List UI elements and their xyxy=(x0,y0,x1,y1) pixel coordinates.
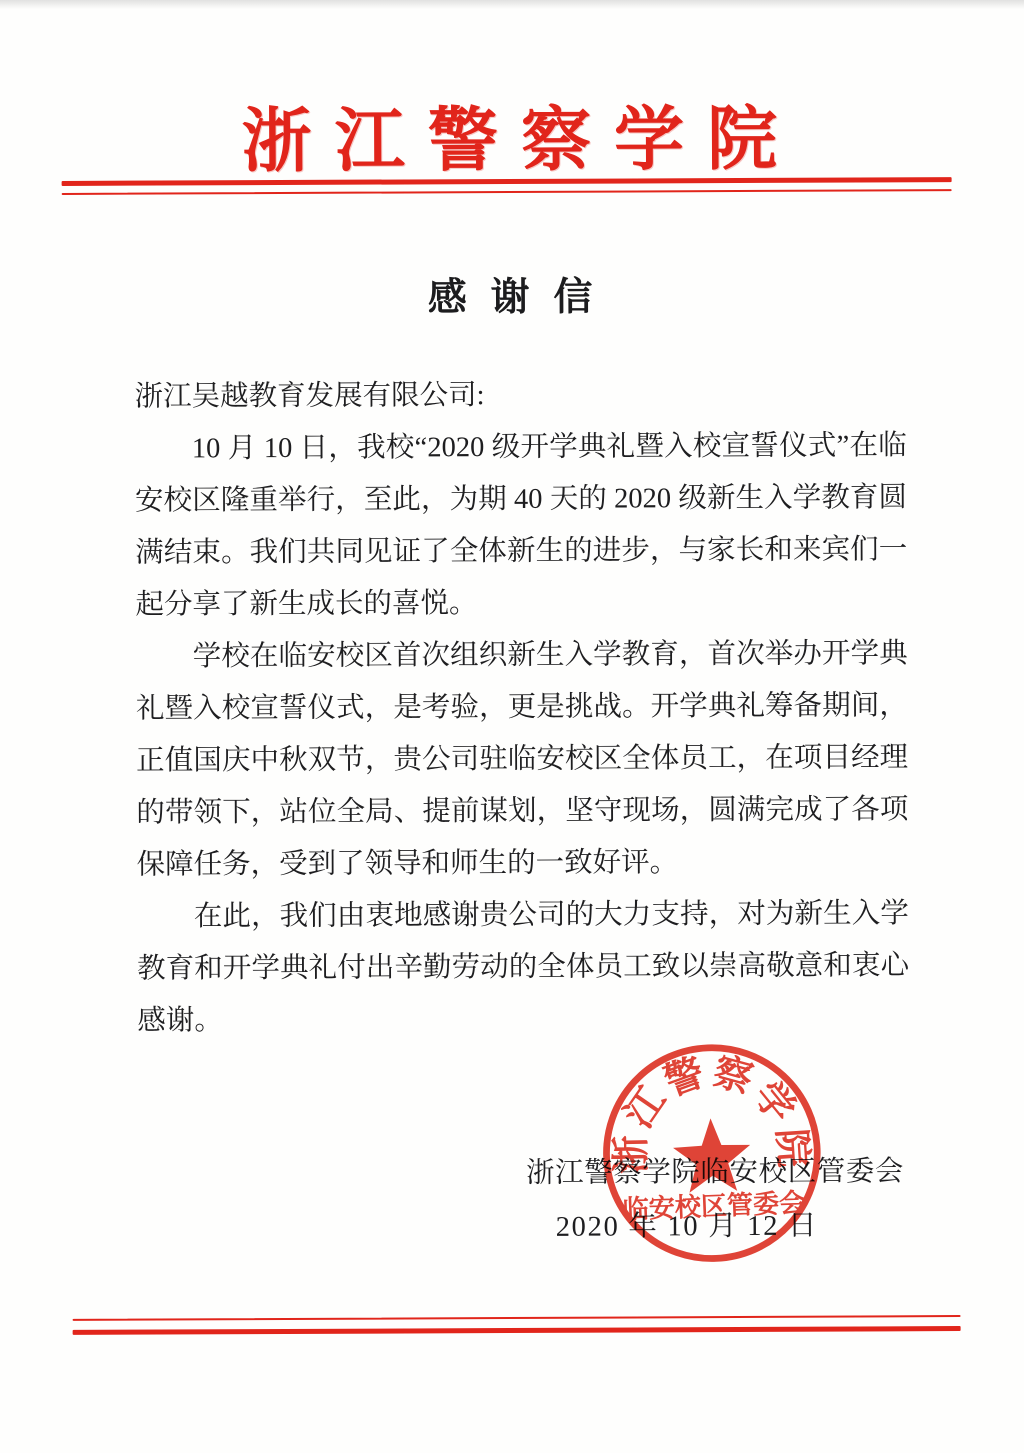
official-seal-stamp: 浙江警察学院 临安校区管委会 xyxy=(591,1033,832,1274)
scanned-sheet: 浙江警察学院 感 谢 信 浙江吴越教育发展有限公司: 10 月 10 日，我校“… xyxy=(0,0,1024,1453)
header-rule-thin xyxy=(62,189,952,195)
letterhead-title: 浙江警察学院 xyxy=(0,82,1022,187)
body-paragraph: 在此，我们由衷地感谢贵公司的大力支持，对为新生入学教育和开学典礼付出辛勤劳动的全… xyxy=(137,888,910,1047)
letter-page: 浙江警察学院 感 谢 信 浙江吴越教育发展有限公司: 10 月 10 日，我校“… xyxy=(0,0,1024,1453)
seal-star-icon xyxy=(672,1117,752,1193)
footer-rule-thin xyxy=(73,1315,961,1321)
seal-banner-text: 临安校区管委会 xyxy=(622,1187,806,1224)
body-paragraph: 学校在临安校区首次组织新生入学教育，首次举办开学典礼暨入校宣誓仪式，是考验，更是… xyxy=(136,628,909,891)
body-paragraph: 10 月 10 日，我校“2020 级开学典礼暨入校宣誓仪式”在临安校区隆重举行… xyxy=(135,420,908,631)
seal-graphic: 浙江警察学院 临安校区管委会 xyxy=(591,1033,832,1274)
salutation: 浙江吴越教育发展有限公司: xyxy=(134,368,906,423)
paragraph-list: 10 月 10 日，我校“2020 级开学典礼暨入校宣誓仪式”在临安校区隆重举行… xyxy=(135,420,910,1047)
document-title: 感 谢 信 xyxy=(0,264,1022,324)
letter-body: 浙江吴越教育发展有限公司: 10 月 10 日，我校“2020 级开学典礼暨入校… xyxy=(134,368,909,1047)
footer-rule-thick xyxy=(73,1326,961,1335)
